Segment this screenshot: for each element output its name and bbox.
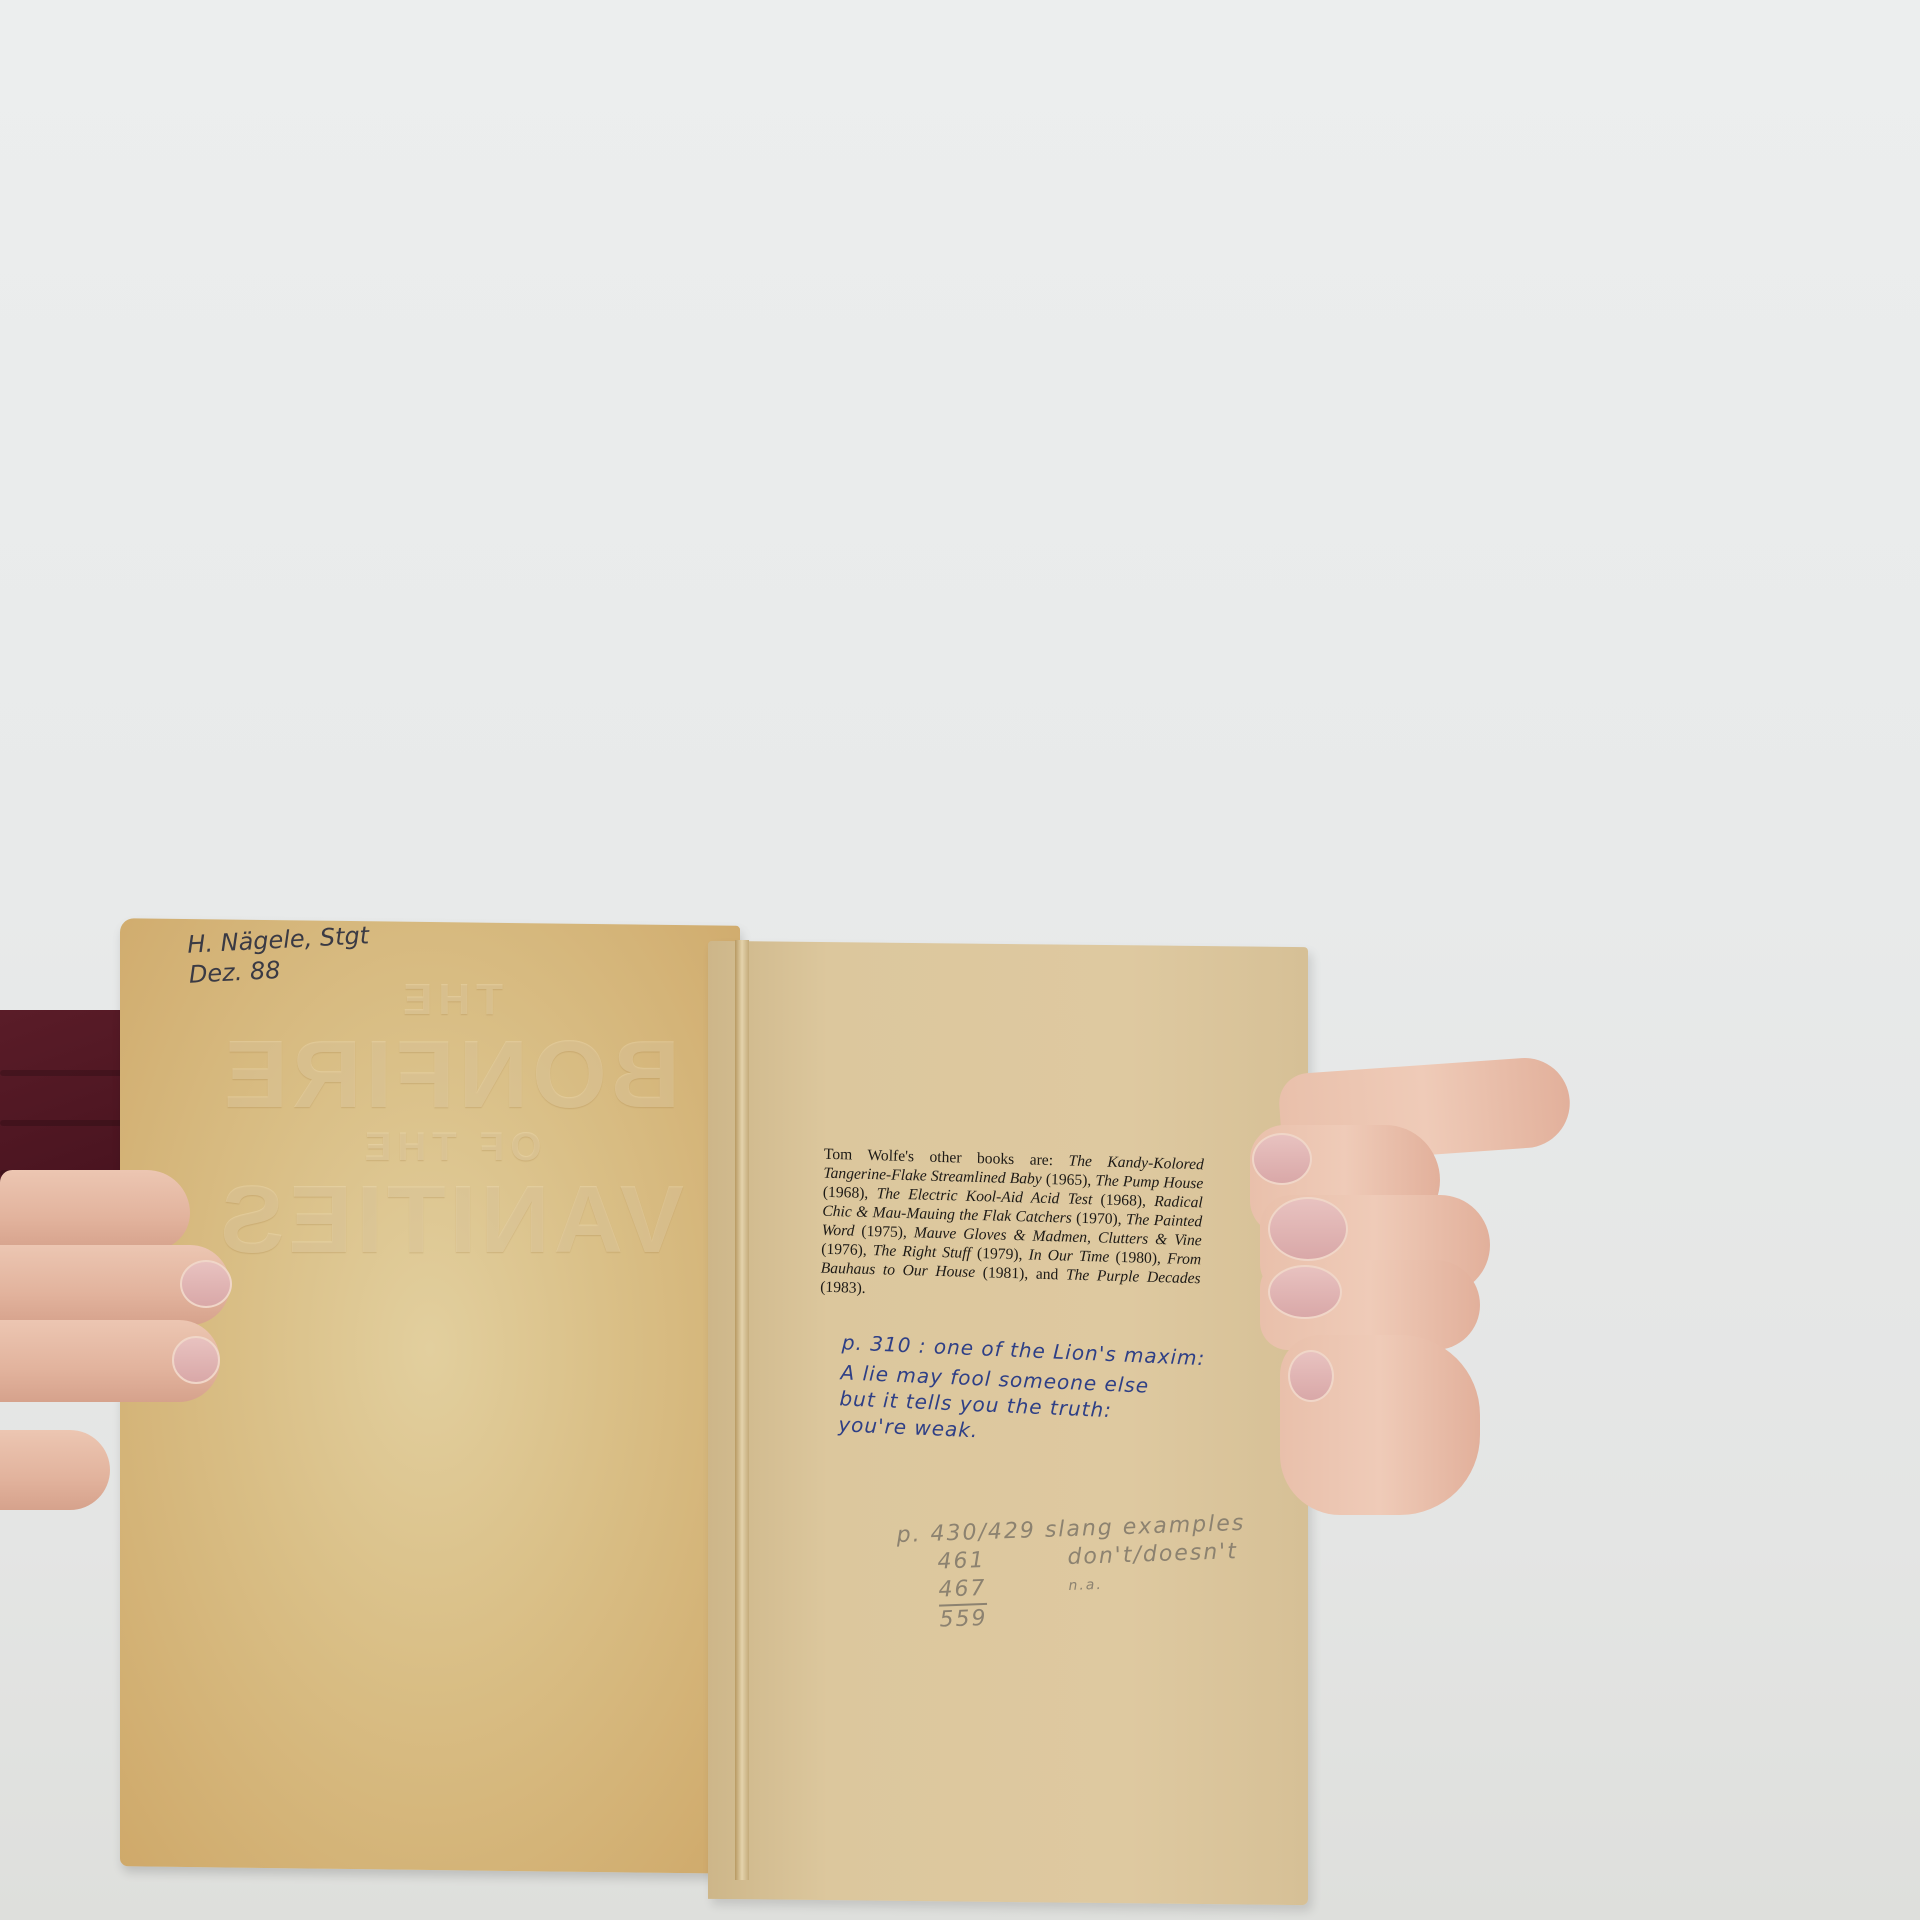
note-text: n.a. (1068, 1571, 1103, 1602)
fingernail (1252, 1133, 1312, 1185)
fingernail (172, 1336, 220, 1384)
other-books-paragraph: Tom Wolfe's other books are: The Kandy-K… (820, 1145, 1204, 1308)
left-hand-lower-finger (0, 1430, 110, 1510)
left-hand (0, 1170, 235, 1440)
page-number: 461 (897, 1546, 1008, 1578)
book-title: In Our Time (1028, 1246, 1109, 1265)
fingernail (1268, 1197, 1348, 1261)
book-gutter (735, 940, 749, 1880)
book-title: The Pump House (1095, 1172, 1203, 1192)
blue-ink-note: p. 310 : one of the Lion's maxim: A lie … (838, 1329, 1242, 1454)
fingernail (1288, 1350, 1334, 1402)
fingernail (180, 1260, 232, 1308)
embossed-cover-title: THE BONFIRE OF THE VANITIES (170, 975, 730, 1270)
emboss-line: OF THE (170, 1125, 730, 1170)
page-number-wrap: 467 (898, 1574, 1009, 1608)
left-finger (0, 1170, 190, 1250)
right-hand (1240, 1065, 1540, 1535)
page-number: 559 (899, 1604, 1010, 1636)
page-number: 467 (938, 1575, 987, 1607)
note-text: don't/doesn't (1067, 1538, 1238, 1572)
emboss-line: VANITIES (170, 1170, 730, 1270)
book-title: The Purple Decades (1066, 1267, 1201, 1288)
book-title: The Right Stuff (873, 1242, 971, 1262)
emboss-line: BONFIRE (170, 1025, 730, 1125)
fingernail (1268, 1265, 1342, 1319)
owner-inscription: H. Nägele, Stgt Dez. 88 (187, 920, 372, 989)
